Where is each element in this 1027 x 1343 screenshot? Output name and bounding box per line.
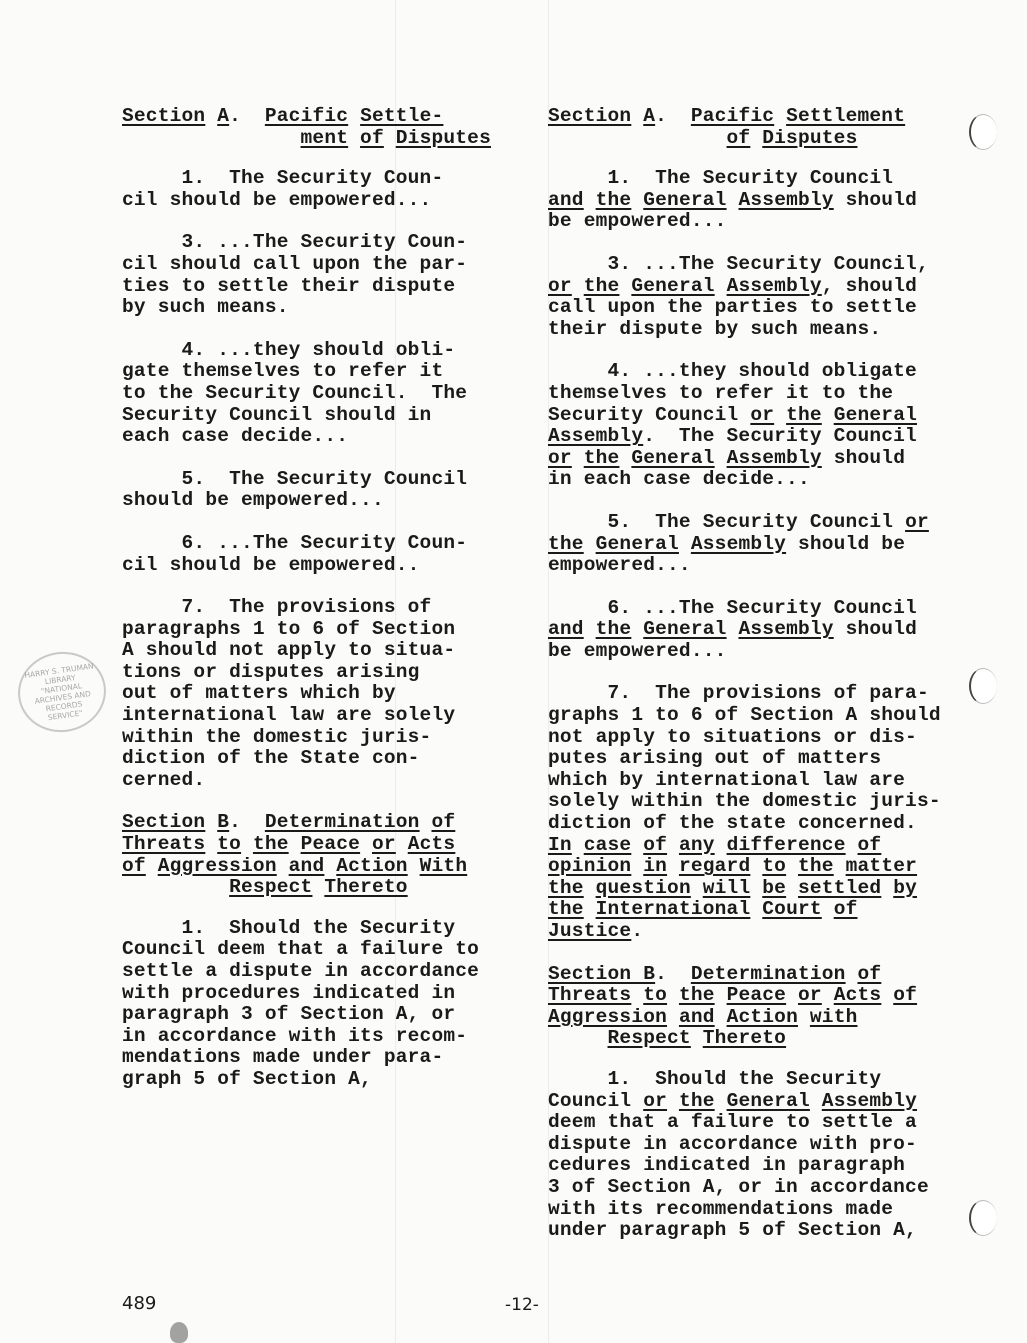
text-line: Threats to the Peace or Acts — [122, 834, 512, 856]
text-line: cedures indicated in paragraph — [548, 1155, 968, 1177]
text-line: 4. ...they should obligate — [548, 361, 968, 383]
text-line: the question will be settled by — [548, 878, 968, 900]
paragraph: 7. The provisions of para-graphs 1 to 6 … — [548, 683, 968, 942]
text-line: Security Council or the General — [548, 405, 968, 427]
text-line: and the General Assembly should — [548, 190, 968, 212]
text-line: Aggression and Action with — [548, 1007, 968, 1029]
right-column-amended-text: Section A. Pacific Settlement of Dispute… — [548, 106, 968, 1263]
paragraph: 1. The Security Counciland the General A… — [548, 168, 968, 233]
section-b-heading: Section B. Determination ofThreats to th… — [122, 812, 512, 898]
section-b-paragraphs: 1. Should the SecurityCouncil or the Gen… — [548, 1069, 968, 1242]
text-line: call upon the parties to settle — [548, 297, 968, 319]
text-line: of Disputes — [548, 128, 968, 150]
punch-hole-icon — [969, 668, 997, 704]
text-line: under paragraph 5 of Section A, — [548, 1220, 968, 1242]
text-line: 5. The Security Council or — [548, 512, 968, 534]
paragraph: 5. The Security Council should be empowe… — [122, 469, 512, 512]
text-line: Section A. Pacific Settlement — [548, 106, 968, 128]
section-a-heading: Section A. Pacific Settle- ment of Dispu… — [122, 106, 512, 149]
text-line: the General Assembly should be — [548, 534, 968, 556]
paragraph: 7. The provisions of paragraphs 1 to 6 o… — [122, 597, 512, 791]
ink-smudge — [170, 1322, 188, 1343]
text-line: 3 of Section A, or in accordance — [548, 1177, 968, 1199]
section-b-heading: Section B. Determination ofThreats to th… — [548, 964, 968, 1050]
text-line: themselves to refer it to the — [548, 383, 968, 405]
text-line: the International Court of — [548, 899, 968, 921]
document-page: Section A. Pacific Settle- ment of Dispu… — [0, 0, 1027, 1343]
text-line: 7. The provisions of para- — [548, 683, 968, 705]
text-line: Section B. Determination of — [548, 964, 968, 986]
punch-hole-icon — [969, 1200, 997, 1236]
text-line: ment of Disputes — [122, 128, 512, 150]
text-line: Section B. Determination of — [122, 812, 512, 834]
text-line: In case of any difference of — [548, 835, 968, 857]
text-line: Council or the General Assembly — [548, 1091, 968, 1113]
paragraph: 6. ...The Security Counciland the Genera… — [548, 598, 968, 663]
paragraph: 1. Should the SecurityCouncil or the Gen… — [548, 1069, 968, 1242]
punch-hole-icon — [969, 114, 997, 150]
text-line: Respect Thereto — [548, 1028, 968, 1050]
text-line: Threats to the Peace or Acts of — [548, 985, 968, 1007]
text-line: Justice. — [548, 921, 968, 943]
text-line: or the General Assembly, should — [548, 276, 968, 298]
text-line: Section A. Pacific Settle- — [122, 106, 512, 128]
text-line: opinion in regard to the matter — [548, 856, 968, 878]
folio-number: 489 — [122, 1293, 156, 1314]
section-a-heading: Section A. Pacific Settlement of Dispute… — [548, 106, 968, 149]
paragraph: 3. ...The Security Council,or the Genera… — [548, 254, 968, 340]
text-line: their dispute by such means. — [548, 319, 968, 341]
text-line: or the General Assembly should — [548, 448, 968, 470]
page-number: -12- — [505, 1295, 539, 1315]
text-line: 1. Should the Security — [548, 1069, 968, 1091]
text-line: deem that a failure to settle a — [548, 1112, 968, 1134]
text-line: dispute in accordance with pro- — [548, 1134, 968, 1156]
paragraph: 1. Should the Security Council deem that… — [122, 918, 512, 1091]
paragraph: 1. The Security Coun- cil should be empo… — [122, 168, 512, 211]
text-line: empowered... — [548, 555, 968, 577]
text-line: 6. ...The Security Council — [548, 598, 968, 620]
paragraph: 4. ...they should obli- gate themselves … — [122, 340, 512, 448]
text-line: diction of the state concerned. — [548, 813, 968, 835]
text-line: 3. ...The Security Council, — [548, 254, 968, 276]
text-line: graphs 1 to 6 of Section A should — [548, 705, 968, 727]
text-line: be empowered... — [548, 211, 968, 233]
text-line: with its recommendations made — [548, 1199, 968, 1221]
text-line: which by international law are — [548, 770, 968, 792]
paragraph: 4. ...they should obligatethemselves to … — [548, 361, 968, 491]
text-line: in each case decide... — [548, 469, 968, 491]
left-column-original-text: Section A. Pacific Settle- ment of Dispu… — [122, 106, 512, 1112]
text-line: not apply to situations or dis- — [548, 727, 968, 749]
text-line: and the General Assembly should — [548, 619, 968, 641]
paragraph: 6. ...The Security Coun- cil should be e… — [122, 533, 512, 576]
section-a-paragraphs: 1. The Security Coun- cil should be empo… — [122, 168, 512, 791]
paragraph: 5. The Security Council orthe General As… — [548, 512, 968, 577]
section-a-paragraphs: 1. The Security Counciland the General A… — [548, 168, 968, 942]
section-b-paragraphs: 1. Should the Security Council deem that… — [122, 918, 512, 1091]
archive-stamp: HARRY S. TRUMAN LIBRARY "NATIONAL ARCHIV… — [13, 646, 111, 737]
text-line: solely within the domestic juris- — [548, 791, 968, 813]
text-line: be empowered... — [548, 641, 968, 663]
text-line: 1. The Security Council — [548, 168, 968, 190]
text-line: Respect Thereto — [122, 877, 512, 899]
text-line: Assembly. The Security Council — [548, 426, 968, 448]
text-line: of Aggression and Action With — [122, 856, 512, 878]
text-line: putes arising out of matters — [548, 748, 968, 770]
paragraph: 3. ...The Security Coun- cil should call… — [122, 232, 512, 318]
